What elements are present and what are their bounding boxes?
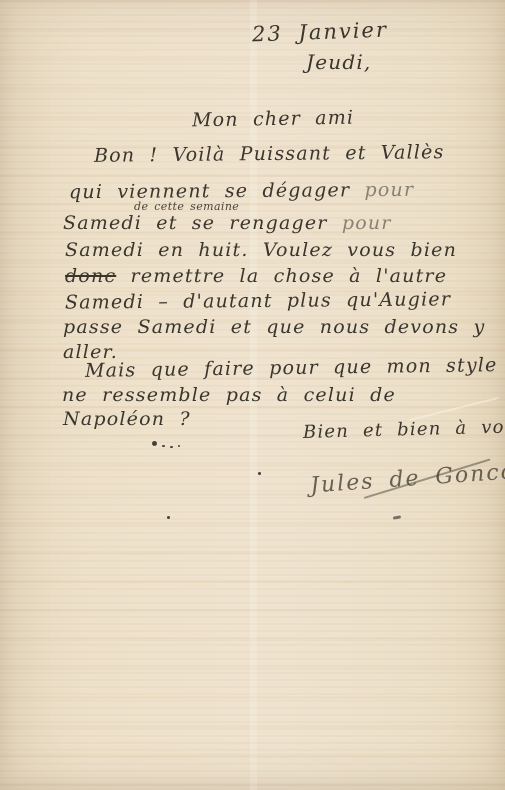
ink-speck <box>393 515 401 519</box>
body-line-2: qui viennent se dégager pour <box>69 179 414 203</box>
ink-speck <box>152 441 157 446</box>
ink-speck <box>170 446 173 448</box>
body-line-7: passe Samedi et que nous devons y <box>63 316 485 338</box>
body-line-4: Samedi en huit. Voulez vous bien <box>65 239 457 261</box>
body-line-5-text: remettre la chose à l'autre <box>131 265 448 287</box>
ink-speck <box>167 516 170 519</box>
date-line-1: 23 Janvier <box>252 18 389 47</box>
body-line-1: Bon ! Voilà Puissant et Vallès <box>94 141 445 167</box>
body-line-3-faint-word: pour <box>342 212 392 234</box>
letter-page: 23 Janvier Jeudi, Mon cher ami Bon ! Voi… <box>0 0 505 790</box>
ink-speck <box>178 445 180 447</box>
body-line-6: Samedi – d'autant plus qu'Augier <box>65 288 451 313</box>
closing-formula: Bien et bien à vous <box>303 416 505 443</box>
date-line-2: Jeudi, <box>306 50 372 74</box>
body-line-3-text: Samedi et se rengager <box>63 212 328 234</box>
body-line-2-faint-word: pour <box>364 179 414 201</box>
ink-speck <box>258 472 261 475</box>
body-line-10: ne ressemble pas à celui de <box>62 384 396 406</box>
body-line-5: donc remettre la chose à l'autre <box>65 265 447 287</box>
body-line-3: Samedi et se rengager pour <box>63 212 392 234</box>
body-line-11: Napoléon ? <box>63 408 191 430</box>
salutation: Mon cher ami <box>192 107 355 132</box>
ink-speck <box>162 445 165 447</box>
struck-word: donc <box>65 265 116 287</box>
body-line-9: Mais que faire pour que mon style <box>85 354 498 382</box>
